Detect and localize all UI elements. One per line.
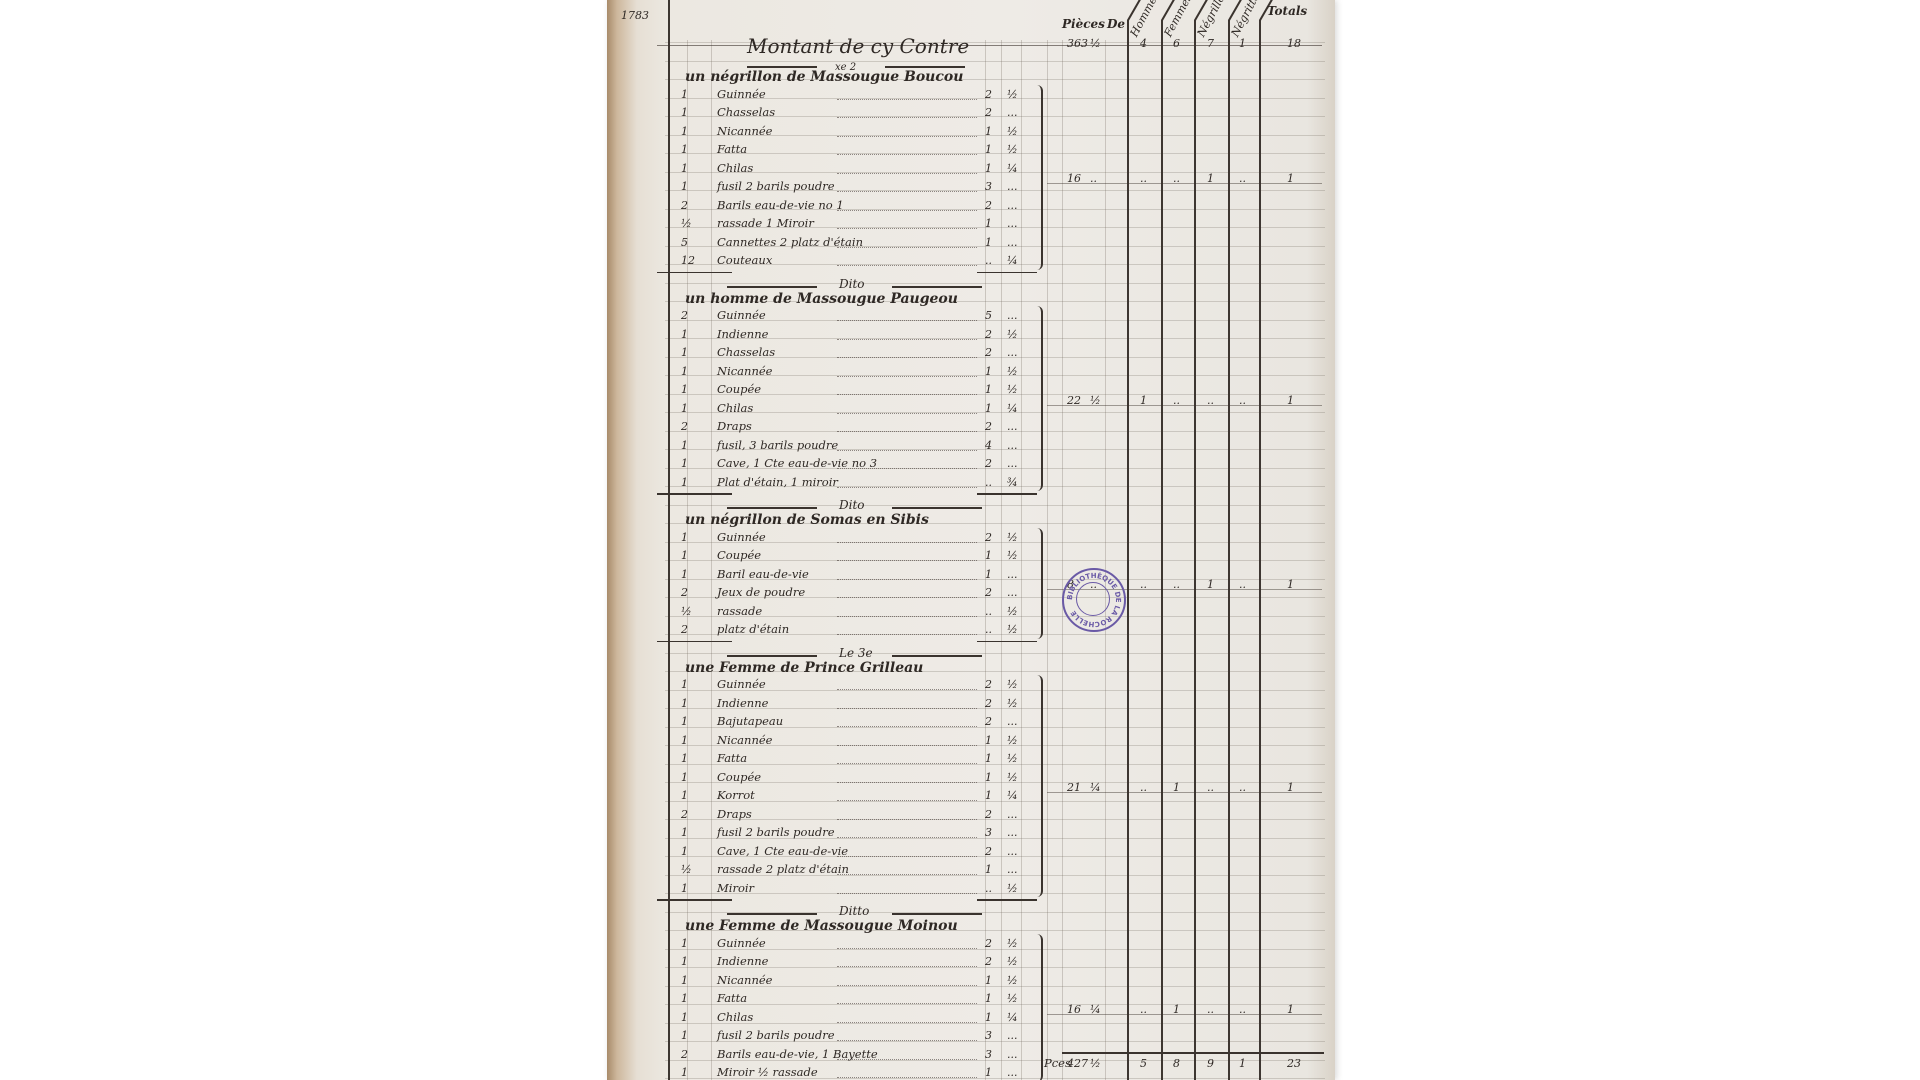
- item-quantity: 1: [681, 347, 688, 358]
- section-subtotal-totals: 1: [1287, 1004, 1294, 1015]
- item-name: Miroir: [717, 883, 754, 895]
- item-quantity: 1: [681, 440, 688, 451]
- item-quantity: 1: [681, 716, 688, 727]
- item-name: Fatta: [717, 144, 747, 156]
- item-pieces: ..: [985, 255, 992, 266]
- item-pieces: 3: [985, 1030, 992, 1041]
- item-name: Fatta: [717, 753, 747, 765]
- item-quantity: 1: [681, 181, 688, 192]
- item-pieces: 2: [985, 846, 992, 857]
- item-name: Indienne: [717, 698, 768, 710]
- item-leader-dots: [837, 782, 977, 783]
- grid-column-line: [1047, 40, 1048, 1080]
- section-heading-rule-right: [892, 913, 982, 915]
- item-fraction: ½: [1007, 144, 1018, 155]
- brought-forward-negrittes: 1: [1239, 38, 1246, 49]
- item-pieces: 1: [985, 237, 992, 248]
- item-name: rassade 2 platz d'étain: [717, 864, 849, 876]
- item-quantity: 1: [681, 89, 688, 100]
- item-pieces: 2: [985, 587, 992, 598]
- item-fraction: ½: [1007, 698, 1018, 709]
- section-subtotal-totals: 1: [1287, 579, 1294, 590]
- item-fraction: ...: [1007, 310, 1018, 321]
- item-quantity: 1: [681, 384, 688, 395]
- section-subtotal-pieces: 22: [1067, 395, 1081, 406]
- section-subtotal-fraction: ½: [1090, 395, 1101, 406]
- item-pieces: 1: [985, 144, 992, 155]
- item-quantity: 1: [681, 698, 688, 709]
- item-quantity: 2: [681, 310, 688, 321]
- item-pieces: 2: [985, 107, 992, 118]
- item-name: fusil 2 barils poudre: [717, 181, 835, 193]
- section-heading: Dito: [839, 499, 865, 511]
- grid-line: [665, 431, 1325, 432]
- grand-total-negrittes: 1: [1239, 1058, 1246, 1069]
- item-quantity: 1: [681, 163, 688, 174]
- item-leader-dots: [837, 560, 977, 561]
- item-fraction: ...: [1007, 716, 1018, 727]
- item-leader-dots: [837, 800, 977, 801]
- grid-line: [665, 172, 1325, 173]
- item-pieces: 1: [985, 790, 992, 801]
- item-fraction: ...: [1007, 809, 1018, 820]
- grand-total-pieces: 427: [1067, 1058, 1088, 1069]
- grid-line: [665, 1004, 1325, 1005]
- item-leader-dots: [837, 413, 977, 414]
- item-quantity: 2: [681, 809, 688, 820]
- column-header-totals: Totals: [1267, 4, 1307, 18]
- grand-total-totals: 23: [1287, 1058, 1301, 1069]
- item-fraction: ...: [1007, 107, 1018, 118]
- item-leader-dots: [837, 708, 977, 709]
- section-subtotal-negrillons: 1: [1207, 579, 1214, 590]
- page-title-sub: xe 2: [835, 63, 856, 73]
- grid-line: [665, 801, 1325, 802]
- section-subtotal-femmes: ..: [1173, 579, 1180, 590]
- item-name: Plat d'étain, 1 miroir: [717, 477, 838, 489]
- section-bracket: [1035, 528, 1043, 639]
- item-name: rassade: [717, 606, 762, 618]
- grand-total-femmes: 8: [1173, 1058, 1180, 1069]
- section-end-rule-left: [657, 272, 732, 274]
- section-subtotal-pieces: 16: [1067, 173, 1081, 184]
- item-pieces: 2: [985, 458, 992, 469]
- grid-line: [665, 893, 1325, 894]
- buyer-line: un négrillon de Somas en Sibis: [685, 513, 929, 527]
- section-end-rule-right: [977, 493, 1037, 495]
- column-header-de: De: [1107, 18, 1125, 30]
- item-leader-dots: [837, 1040, 977, 1041]
- section-subtotal-negrillons: ..: [1207, 782, 1214, 793]
- item-leader-dots: [837, 579, 977, 580]
- item-name: Jeux de poudre: [717, 587, 805, 599]
- column-rule: [1161, 20, 1163, 1080]
- item-pieces: 1: [985, 772, 992, 783]
- item-pieces: 3: [985, 827, 992, 838]
- item-leader-dots: [837, 763, 977, 764]
- section-heading-rule-left: [727, 913, 817, 915]
- item-fraction: ...: [1007, 347, 1018, 358]
- item-leader-dots: [837, 1003, 977, 1004]
- item-fraction: ½: [1007, 624, 1018, 635]
- item-quantity: 1: [681, 569, 688, 580]
- item-pieces: 3: [985, 181, 992, 192]
- section-subtotal-hommes: ..: [1140, 782, 1147, 793]
- item-fraction: ½: [1007, 735, 1018, 746]
- item-name: Chilas: [717, 163, 753, 175]
- page-title: Montant de cy Contre: [747, 36, 969, 56]
- item-pieces: 1: [985, 975, 992, 986]
- item-quantity: 1: [681, 550, 688, 561]
- item-fraction: ...: [1007, 569, 1018, 580]
- item-quantity: 5: [681, 237, 688, 248]
- item-leader-dots: [837, 634, 977, 635]
- section-subtotal-hommes: ..: [1140, 1004, 1147, 1015]
- item-leader-dots: [837, 726, 977, 727]
- item-fraction: ½: [1007, 532, 1018, 543]
- grand-total-hommes: 5: [1140, 1058, 1147, 1069]
- buyer-line: une Femme de Massougue Moinou: [685, 919, 958, 933]
- section-end-rule-right: [977, 272, 1037, 274]
- section-subtotal-negrillons: ..: [1207, 395, 1214, 406]
- section-heading-rule-left: [727, 286, 817, 288]
- item-pieces: ..: [985, 624, 992, 635]
- section-subtotal-hommes: ..: [1140, 579, 1147, 590]
- item-pieces: 1: [985, 163, 992, 174]
- section-subtotal-femmes: ..: [1173, 173, 1180, 184]
- item-leader-dots: [837, 1059, 977, 1060]
- item-leader-dots: [837, 616, 977, 617]
- section-subtotal-femmes: 1: [1173, 782, 1180, 793]
- item-pieces: 2: [985, 716, 992, 727]
- item-quantity: 2: [681, 1049, 688, 1060]
- item-leader-dots: [837, 191, 977, 192]
- item-leader-dots: [837, 357, 977, 358]
- year-label: 1783: [621, 10, 649, 21]
- item-fraction: ...: [1007, 846, 1018, 857]
- section-heading-rule-left: [727, 507, 817, 509]
- item-leader-dots: [837, 210, 977, 211]
- item-leader-dots: [837, 856, 977, 857]
- item-pieces: 2: [985, 532, 992, 543]
- grand-total-rule: [1062, 1052, 1324, 1054]
- item-quantity: 1: [681, 458, 688, 469]
- item-pieces: 2: [985, 698, 992, 709]
- section-subtotal-femmes: 1: [1173, 1004, 1180, 1015]
- item-name: Baril eau-de-vie: [717, 569, 809, 581]
- brought-forward-fraction: ½: [1090, 38, 1101, 49]
- item-name: fusil, 3 barils poudre: [717, 440, 838, 452]
- item-leader-dots: [837, 597, 977, 598]
- brought-forward-hommes: 4: [1140, 38, 1147, 49]
- item-pieces: ..: [985, 606, 992, 617]
- item-name: Coupée: [717, 550, 761, 562]
- item-pieces: 1: [985, 550, 992, 561]
- section-subtotal-hommes: ..: [1140, 173, 1147, 184]
- item-pieces: 1: [985, 993, 992, 1004]
- item-fraction: ½: [1007, 89, 1018, 100]
- section-subtotal-negrillons: 1: [1207, 173, 1214, 184]
- item-leader-dots: [837, 228, 977, 229]
- item-leader-dots: [837, 819, 977, 820]
- item-fraction: ½: [1007, 938, 1018, 949]
- item-fraction: ½: [1007, 753, 1018, 764]
- item-name: Indienne: [717, 329, 768, 341]
- item-pieces: ..: [985, 883, 992, 894]
- section-heading-rule-right: [892, 655, 982, 657]
- column-rule: [1228, 20, 1230, 1080]
- item-quantity: 1: [681, 956, 688, 967]
- item-fraction: ½: [1007, 366, 1018, 377]
- section-subtotal-negrittes: ..: [1239, 782, 1246, 793]
- item-fraction: ¼: [1007, 403, 1018, 414]
- buyer-line: un homme de Massougue Paugeou: [685, 292, 958, 306]
- section-subtotal-negrittes: ..: [1239, 173, 1246, 184]
- section-bracket: [1035, 934, 1043, 1080]
- item-fraction: ...: [1007, 587, 1018, 598]
- item-pieces: 1: [985, 753, 992, 764]
- item-fraction: ¼: [1007, 163, 1018, 174]
- buyer-line: une Femme de Prince Grilleau: [685, 661, 923, 675]
- item-leader-dots: [837, 966, 977, 967]
- item-name: Chilas: [717, 1012, 753, 1024]
- library-stamp: BIBLIOTHÈQUE DE LA ROCHELLE: [1062, 568, 1126, 632]
- grid-column-line: [1062, 40, 1063, 1080]
- item-fraction: ½: [1007, 679, 1018, 690]
- grid-line: [665, 653, 1325, 654]
- item-quantity: 1: [681, 532, 688, 543]
- section-subtotal-fraction: ..: [1090, 173, 1097, 184]
- section-bracket: [1035, 85, 1043, 270]
- item-quantity: 1: [681, 735, 688, 746]
- item-leader-dots: [837, 247, 977, 248]
- grid-column-line: [1105, 40, 1106, 1080]
- section-subtotal-totals: 1: [1287, 782, 1294, 793]
- item-quantity: 1: [681, 938, 688, 949]
- item-fraction: ½: [1007, 956, 1018, 967]
- item-leader-dots: [837, 893, 977, 894]
- item-quantity: 1: [681, 329, 688, 340]
- column-header-femmes: Femmes: [1162, 0, 1195, 39]
- item-quantity: 1: [681, 753, 688, 764]
- section-subtotal-negrittes: ..: [1239, 1004, 1246, 1015]
- item-pieces: 1: [985, 864, 992, 875]
- item-pieces: 1: [985, 1067, 992, 1078]
- item-fraction: ...: [1007, 181, 1018, 192]
- section-subtotal-totals: 1: [1287, 395, 1294, 406]
- item-name: Couteaux: [717, 255, 772, 267]
- grid-line: [665, 764, 1325, 765]
- section-end-rule-left: [657, 641, 732, 643]
- item-name: Fatta: [717, 993, 747, 1005]
- section-subtotal-totals: 1: [1287, 173, 1294, 184]
- item-name: Cave, 1 Cte eau-de-vie: [717, 846, 848, 858]
- item-pieces: 5: [985, 310, 992, 321]
- section-subtotal-pieces: 16: [1067, 1004, 1081, 1015]
- item-name: Guinnée: [717, 938, 766, 950]
- item-fraction: ...: [1007, 218, 1018, 229]
- item-quantity: ½: [681, 606, 692, 617]
- item-fraction: ...: [1007, 440, 1018, 451]
- item-fraction: ...: [1007, 458, 1018, 469]
- column-rule: [1259, 20, 1261, 1080]
- item-leader-dots: [837, 1022, 977, 1023]
- item-name: Nicannée: [717, 975, 772, 987]
- grid-line: [665, 616, 1325, 617]
- item-pieces: 1: [985, 126, 992, 137]
- grid-column-line: [1021, 40, 1022, 1080]
- section-subtotal-femmes: ..: [1173, 395, 1180, 406]
- section-heading-rule-left: [727, 655, 817, 657]
- item-pieces: 2: [985, 956, 992, 967]
- item-quantity: 2: [681, 587, 688, 598]
- grid-line: [665, 819, 1325, 820]
- item-leader-dots: [837, 874, 977, 875]
- item-pieces: 2: [985, 89, 992, 100]
- section-subtotal-fraction: ¼: [1090, 782, 1101, 793]
- item-quantity: 1: [681, 1030, 688, 1041]
- column-header-hommes: Hommes: [1128, 0, 1163, 39]
- item-leader-dots: [837, 431, 977, 432]
- item-quantity: 1: [681, 883, 688, 894]
- item-fraction: ½: [1007, 329, 1018, 340]
- section-heading: Le 3e: [839, 647, 873, 659]
- item-leader-dots: [837, 265, 977, 266]
- section-bracket: [1035, 675, 1043, 897]
- item-fraction: ½: [1007, 772, 1018, 783]
- buyer-line: un négrillon de Massougue Boucou: [685, 70, 963, 84]
- column-rule: [1127, 20, 1129, 1080]
- left-margin-rule: [668, 0, 670, 1080]
- section-end-rule-right: [977, 641, 1037, 643]
- item-fraction: ½: [1007, 126, 1018, 137]
- item-fraction: ½: [1007, 993, 1018, 1004]
- item-leader-dots: [837, 117, 977, 118]
- item-quantity: 1: [681, 107, 688, 118]
- grid-line: [665, 505, 1325, 506]
- item-fraction: ...: [1007, 864, 1018, 875]
- item-name: Guinnée: [717, 89, 766, 101]
- section-end-rule-left: [657, 493, 732, 495]
- svg-text:BIBLIOTHÈQUE DE LA ROCHELLE: BIBLIOTHÈQUE DE LA ROCHELLE: [1066, 571, 1122, 628]
- subtotal-leader: [1047, 792, 1322, 793]
- item-name: rassade 1 Miroir: [717, 218, 814, 230]
- item-pieces: 2: [985, 809, 992, 820]
- item-quantity: 2: [681, 421, 688, 432]
- item-leader-dots: [837, 339, 977, 340]
- section-heading-rule-right: [892, 507, 982, 509]
- section-subtotal-negrittes: ..: [1239, 395, 1246, 406]
- item-leader-dots: [837, 450, 977, 451]
- brought-forward-pieces: 363: [1067, 38, 1088, 49]
- item-name: fusil 2 barils poudre: [717, 1030, 835, 1042]
- item-leader-dots: [837, 948, 977, 949]
- section-heading: Ditto: [839, 905, 869, 917]
- grid-line: [665, 394, 1325, 395]
- grand-total-fraction: ½: [1090, 1058, 1101, 1069]
- item-pieces: 2: [985, 200, 992, 211]
- item-pieces: 2: [985, 938, 992, 949]
- item-pieces: 1: [985, 569, 992, 580]
- item-pieces: 1: [985, 218, 992, 229]
- item-leader-dots: [837, 154, 977, 155]
- item-fraction: ½: [1007, 606, 1018, 617]
- section-bracket: [1035, 306, 1043, 491]
- item-leader-dots: [837, 837, 977, 838]
- item-name: fusil 2 barils poudre: [717, 827, 835, 839]
- item-leader-dots: [837, 745, 977, 746]
- item-name: Guinnée: [717, 310, 766, 322]
- item-leader-dots: [837, 487, 977, 488]
- item-fraction: ...: [1007, 1067, 1018, 1078]
- item-leader-dots: [837, 985, 977, 986]
- grid-line: [665, 61, 1325, 62]
- ledger-page: 363½467118un négrillon de Massougue Bouc…: [607, 0, 1335, 1080]
- item-quantity: 1: [681, 144, 688, 155]
- item-quantity: 1: [681, 790, 688, 801]
- item-fraction: ...: [1007, 1030, 1018, 1041]
- item-leader-dots: [837, 136, 977, 137]
- item-fraction: ½: [1007, 975, 1018, 986]
- item-fraction: ...: [1007, 237, 1018, 248]
- item-fraction: ...: [1007, 421, 1018, 432]
- grid-line: [665, 412, 1325, 413]
- item-quantity: 1: [681, 477, 688, 488]
- item-pieces: 1: [985, 384, 992, 395]
- item-pieces: 1: [985, 735, 992, 746]
- item-leader-dots: [837, 689, 977, 690]
- item-quantity: 1: [681, 1012, 688, 1023]
- item-fraction: ¼: [1007, 255, 1018, 266]
- grid-line: [665, 153, 1325, 154]
- section-heading-rule-right: [892, 286, 982, 288]
- item-quantity: 1: [681, 1067, 688, 1078]
- item-pieces: 1: [985, 403, 992, 414]
- item-name: Bajutapeau: [717, 716, 783, 728]
- item-quantity: 1: [681, 827, 688, 838]
- brought-forward-totals: 18: [1287, 38, 1301, 49]
- item-name: platz d'étain: [717, 624, 789, 636]
- item-quantity: 1: [681, 403, 688, 414]
- title-underline-right: [885, 66, 965, 68]
- item-quantity: 1: [681, 772, 688, 783]
- section-heading: Dito: [839, 278, 865, 290]
- item-fraction: ½: [1007, 384, 1018, 395]
- item-name: Nicannée: [717, 735, 772, 747]
- item-name: Indienne: [717, 956, 768, 968]
- item-quantity: 1: [681, 975, 688, 986]
- item-name: Nicannée: [717, 366, 772, 378]
- item-quantity: ½: [681, 218, 692, 229]
- section-subtotal-negrittes: ..: [1239, 579, 1246, 590]
- item-fraction: ...: [1007, 1049, 1018, 1060]
- item-pieces: 2: [985, 679, 992, 690]
- item-name: Nicannée: [717, 126, 772, 138]
- item-quantity: ½: [681, 864, 692, 875]
- grid-line: [665, 283, 1325, 284]
- item-fraction: ¼: [1007, 1012, 1018, 1023]
- stamp-text-ring: BIBLIOTHÈQUE DE LA ROCHELLE: [1062, 568, 1126, 632]
- item-fraction: ...: [1007, 827, 1018, 838]
- item-leader-dots: [837, 1077, 977, 1078]
- section-subtotal-pieces: 21: [1067, 782, 1081, 793]
- item-quantity: 1: [681, 846, 688, 857]
- item-pieces: ..: [985, 477, 992, 488]
- item-fraction: ¾: [1007, 477, 1018, 488]
- subtotal-leader: [1047, 183, 1322, 184]
- section-subtotal-hommes: 1: [1140, 395, 1147, 406]
- grid-line: [665, 1023, 1325, 1024]
